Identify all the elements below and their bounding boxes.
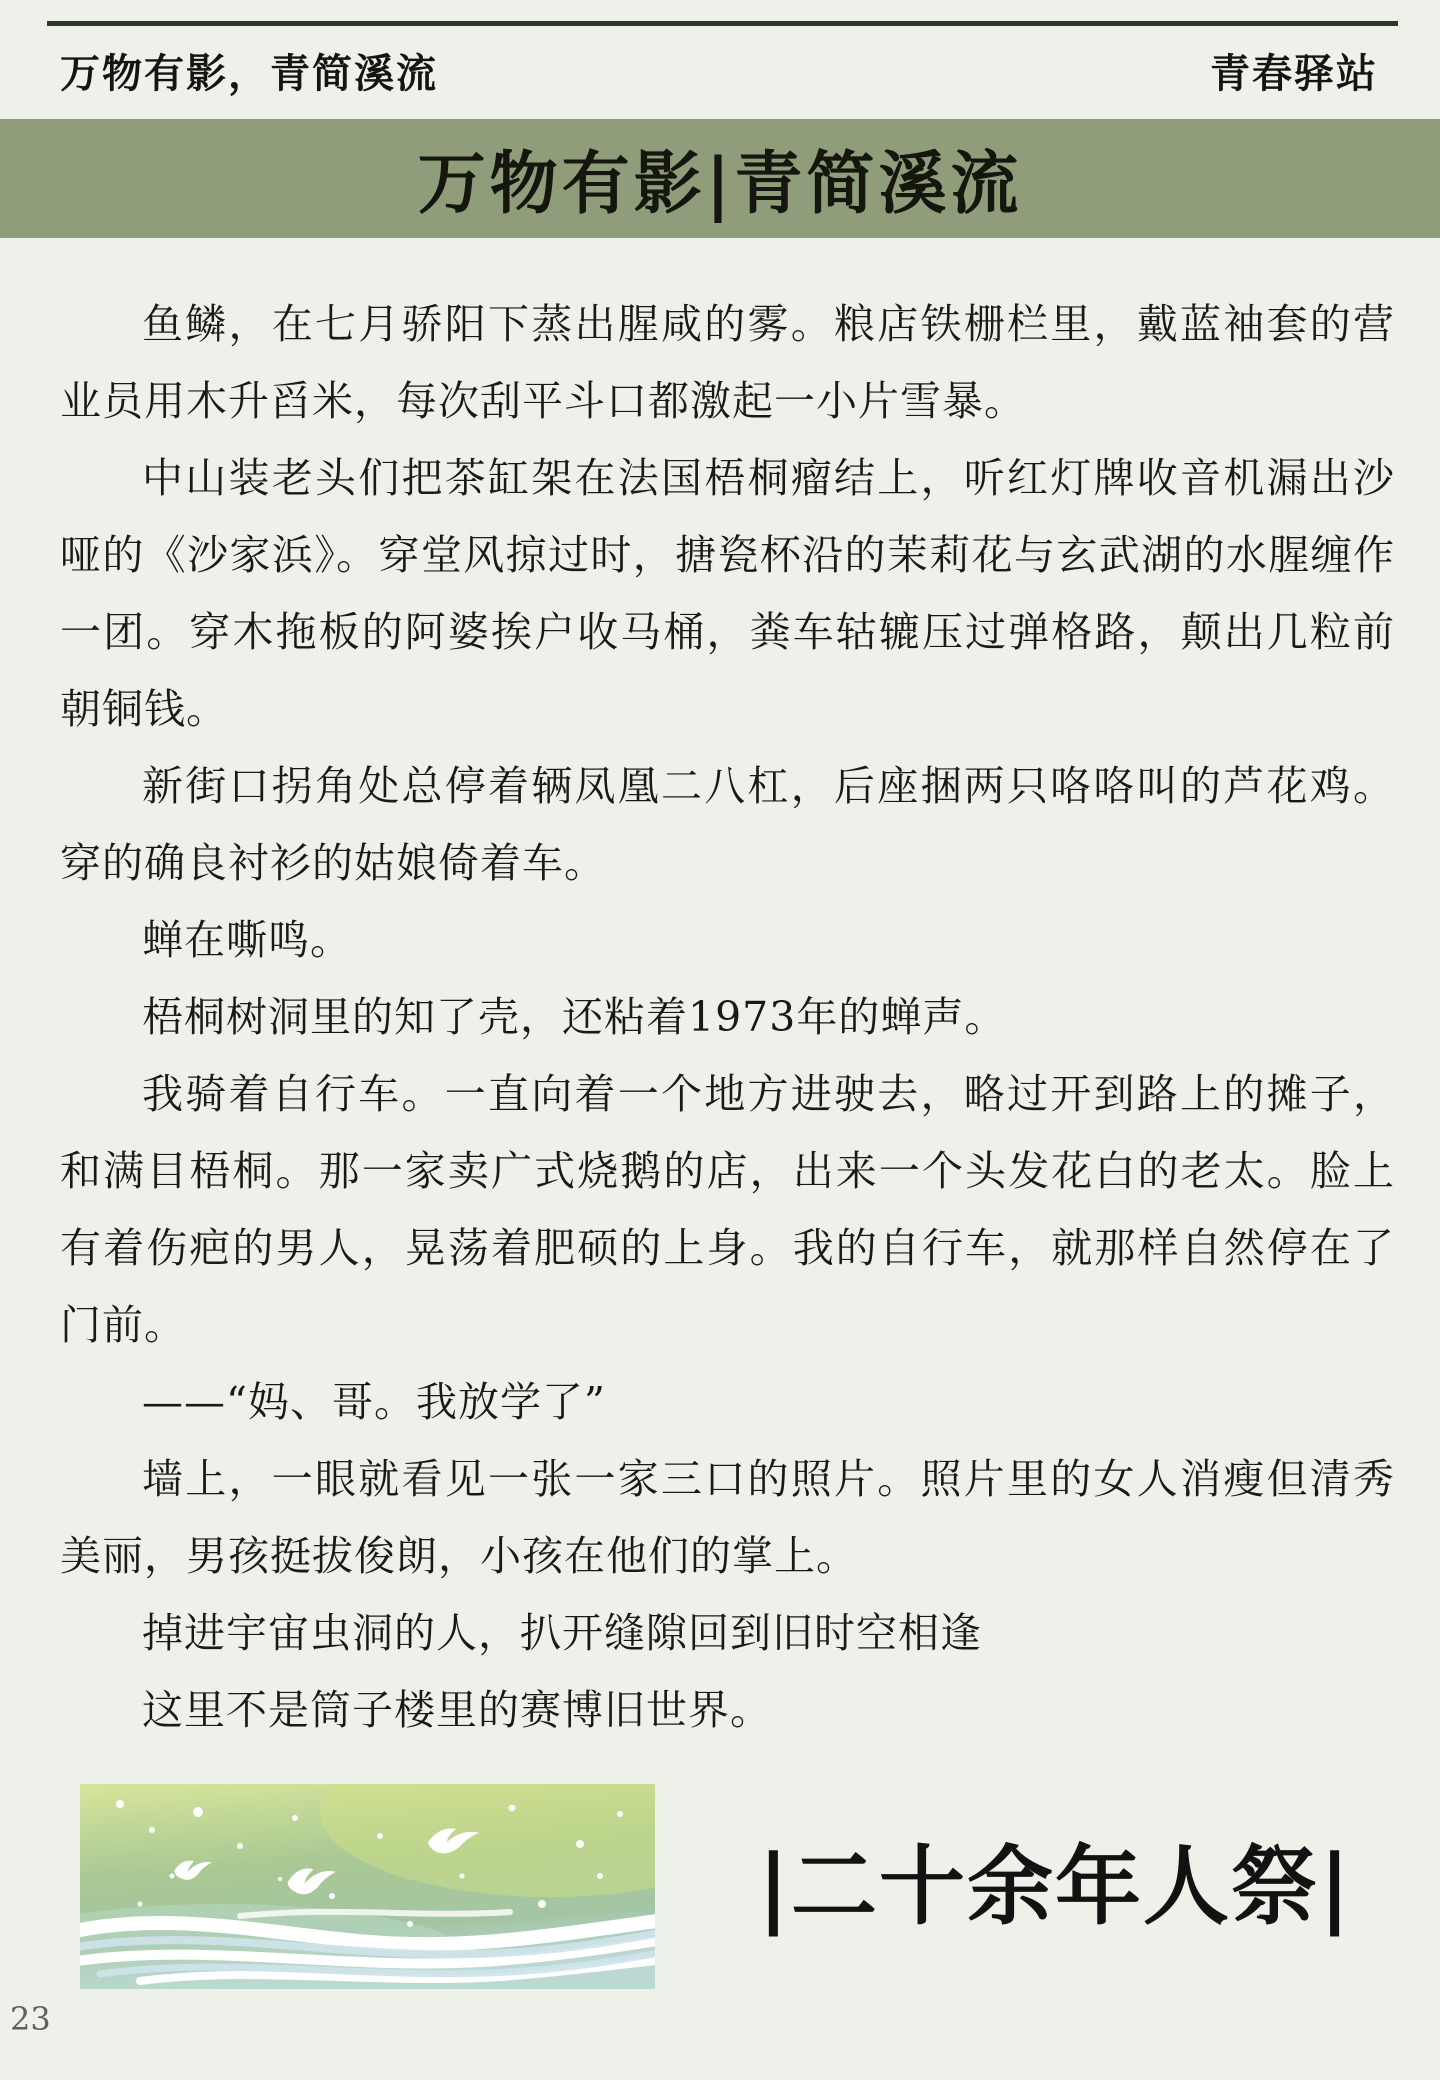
magazine-page: { "page": { "number": "23", "bg_color": … (0, 0, 1440, 2080)
article-body: 鱼鳞，在七月骄阳下蒸出腥咸的雾。粮店铁栅栏里，戴蓝袖套的营业员用木升舀米，每次刮… (60, 286, 1395, 1749)
section-title: |二十余年人祭| (655, 1844, 1400, 1930)
paragraph: 蝉在嘶鸣。 (60, 902, 1395, 979)
paragraph: 新街口拐角处总停着辆凤凰二八杠，后座捆两只咯咯叫的芦花鸡。穿的确良衬衫的姑娘倚着… (60, 748, 1395, 902)
running-header-right: 青春驿站 (1210, 42, 1378, 99)
paragraph: 梧桐树洞里的知了壳，还粘着1973年的蝉声。 (60, 979, 1395, 1056)
running-header: 万物有影，青简溪流 青春驿站 (60, 42, 1378, 99)
watercolor-birds-illustration (80, 1784, 655, 1989)
paragraph: 墙上，一眼就看见一张一家三口的照片。照片里的女人消瘦但清秀美丽，男孩挺拔俊朗，小… (60, 1441, 1395, 1595)
paragraph: 我骑着自行车。一直向着一个地方进驶去，略过开到路上的摊子，和满目梧桐。那一家卖广… (60, 1056, 1395, 1364)
footer-section: |二十余年人祭| (80, 1784, 1400, 1989)
paragraph: 这里不是筒子楼里的赛博旧世界。 (60, 1672, 1395, 1749)
paragraph: ——“妈、哥。我放学了” (60, 1364, 1395, 1441)
page-title: 万物有影|青简溪流 (418, 130, 1023, 227)
page-number: 23 (10, 2000, 51, 2038)
header-rule (47, 21, 1398, 26)
paragraph: 鱼鳞，在七月骄阳下蒸出腥咸的雾。粮店铁栅栏里，戴蓝袖套的营业员用木升舀米，每次刮… (60, 286, 1395, 440)
title-banner: 万物有影|青简溪流 (0, 119, 1440, 238)
paragraph: 掉进宇宙虫洞的人，扒开缝隙回到旧时空相逢 (60, 1595, 1395, 1672)
running-header-left: 万物有影，青简溪流 (60, 42, 438, 99)
paragraph: 中山装老头们把茶缸架在法国梧桐瘤结上，听红灯牌收音机漏出沙哑的《沙家浜》。穿堂风… (60, 440, 1395, 748)
